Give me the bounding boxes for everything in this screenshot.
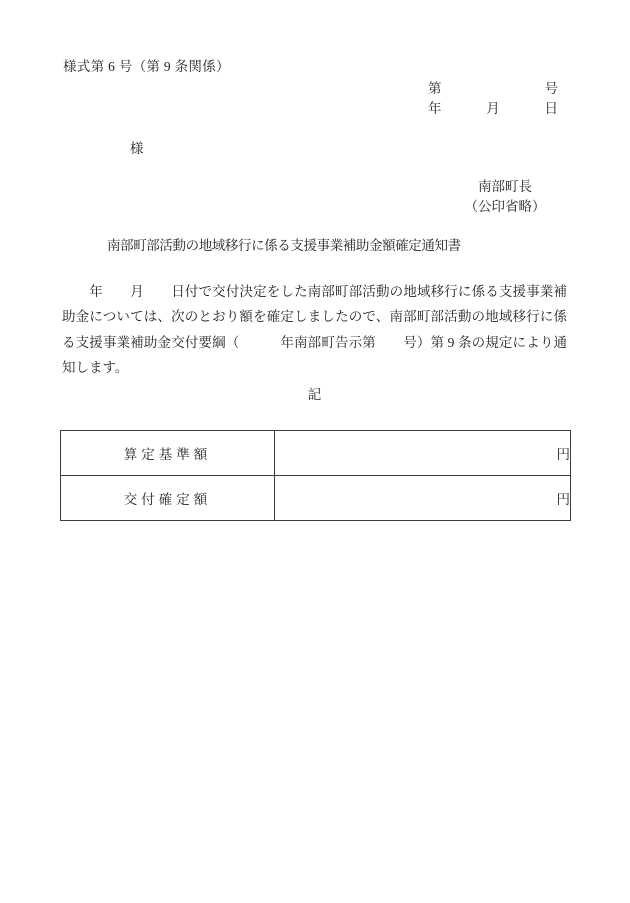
document-title: 南部町部活動の地域移行に係る支援事業補助金額確定通知書 — [107, 236, 461, 256]
record-marker: 記 — [62, 385, 567, 405]
row-value-calculated-base-amount: 円 — [275, 431, 571, 476]
row-label-fixed-grant-amount: 交付確定額 — [61, 476, 275, 521]
sender-name: 南部町長 — [445, 177, 565, 197]
body-line-4: 知します。 — [62, 355, 567, 380]
date-month-label: 月 — [486, 99, 500, 119]
form-number-label: 様式第 6 号（第 9 条関係） — [63, 57, 230, 77]
table-row-fixed-grant-amount: 交付確定額 円 — [61, 476, 571, 521]
body-line-3: る支援事業補助金交付要綱（ 年南部町告示第 号）第 9 条の規定により通 — [62, 330, 567, 355]
addressee-honorific: 様 — [130, 139, 144, 159]
date-year-label: 年 — [428, 99, 442, 119]
notification-document-page: 様式第 6 号（第 9 条関係） 第 号 年 月 日 様 南部町長 （公印省略）… — [0, 0, 630, 903]
document-number-suffix: 号 — [545, 79, 559, 99]
issue-date-line: 年 月 日 — [428, 99, 558, 119]
body-line-1: 年 月 日付で交付決定をした南部町部活動の地域移行に係る支援事業補 — [62, 279, 567, 304]
row-label-calculated-base-amount: 算定基準額 — [61, 431, 275, 476]
document-number-line: 第 号 — [428, 79, 558, 99]
amounts-table: 算定基準額 円 交付確定額 円 — [60, 430, 571, 521]
sender-block: 南部町長 （公印省略） — [445, 177, 565, 217]
body-paragraph: 年 月 日付で交付決定をした南部町部活動の地域移行に係る支援事業補 助金について… — [62, 279, 567, 380]
document-number-prefix: 第 — [428, 79, 442, 99]
date-day-label: 日 — [545, 99, 559, 119]
seal-omission-note: （公印省略） — [445, 197, 565, 217]
row-value-fixed-grant-amount: 円 — [275, 476, 571, 521]
table-row-calculated-base-amount: 算定基準額 円 — [61, 431, 571, 476]
body-line-2: 助金については、次のとおり額を確定しましたので、南部町部活動の地域移行に係 — [62, 304, 567, 329]
